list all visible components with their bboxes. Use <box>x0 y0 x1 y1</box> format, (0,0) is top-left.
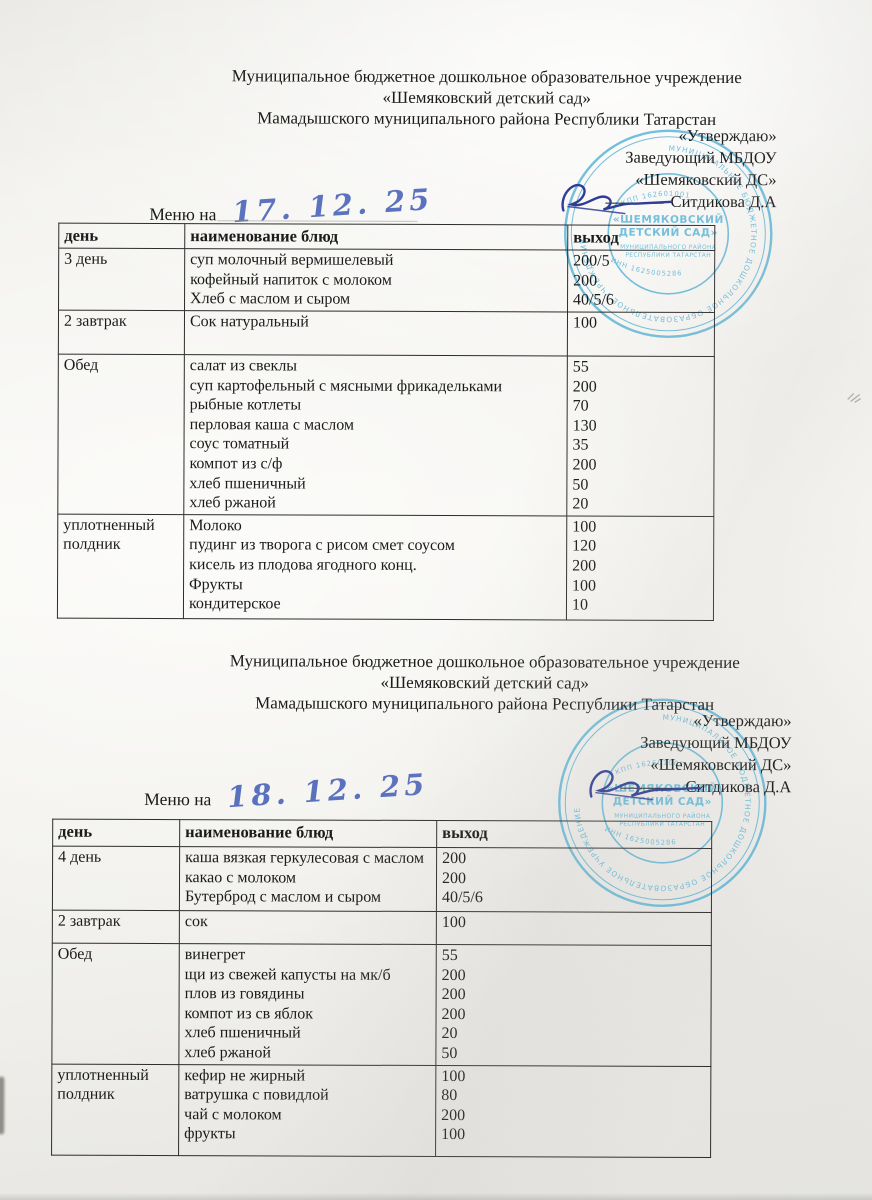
dishes-cell: винегрет щи из свежей капусты на мк/б пл… <box>179 944 436 1065</box>
handwritten-signature <box>581 763 716 809</box>
col-header-day: день <box>53 819 180 846</box>
menu-table: день наименование блюд выход 4 день каша… <box>51 819 712 1158</box>
approve-label: «Утверждаю» <box>621 710 792 733</box>
col-header-output: выход <box>437 821 712 849</box>
menu-document-2: Муниципальное бюджетное дошкольное образ… <box>0 0 872 1200</box>
table-row: 4 день каша вязкая геркулесовая с маслом… <box>52 846 711 912</box>
bottom-edge-shadow <box>0 1193 872 1200</box>
svg-text:МУНИЦИПАЛЬНОГО РАЙОНА: МУНИЦИПАЛЬНОГО РАЙОНА <box>614 813 710 820</box>
dishes-cell: каша вязкая геркулесовая с маслом какао … <box>179 847 436 912</box>
handwritten-date: 18. 12. 25 <box>226 767 429 814</box>
portions-cell: 200 200 40/5/6 <box>436 848 711 913</box>
org-name-line: Муниципальное бюджетное дошкольное образ… <box>100 650 870 674</box>
portions-cell: 100 80 200 100 <box>436 1065 711 1157</box>
table-row: 2 завтрак сок 100 <box>52 910 711 945</box>
scanned-page: Муниципальное бюджетное дошкольное образ… <box>0 0 872 1200</box>
dishes-cell: кефир не жирный ватрушка с повидлой чай … <box>179 1064 436 1156</box>
menu-date-line: Меню на18. 12. 25 <box>144 778 429 813</box>
table-row: уплотненный полдник кефир не жирный ватр… <box>52 1064 711 1157</box>
pencil-mark <box>846 389 864 405</box>
approver-title: Заведующий МБДОУ <box>621 732 792 755</box>
page-edge-shadow <box>0 1076 4 1134</box>
table-row: Обед винегрет щи из свежей капусты на мк… <box>52 943 711 1066</box>
dishes-cell: сок <box>179 911 436 945</box>
meal-cell: 2 завтрак <box>52 910 179 943</box>
meal-cell: уплотненный полдник <box>52 1064 179 1155</box>
menu-label: Меню на <box>144 789 211 809</box>
meal-cell: Обед <box>52 943 179 1064</box>
meal-cell: 4 день <box>52 846 179 910</box>
col-header-dishes: наименование блюд <box>180 820 437 848</box>
org-name-line: «Шемяковский детский сад» <box>100 671 870 695</box>
portions-cell: 55 200 200 200 20 50 <box>436 945 711 1067</box>
portions-cell: 100 <box>436 912 711 946</box>
table-header-row: день наименование блюд выход <box>53 819 712 848</box>
